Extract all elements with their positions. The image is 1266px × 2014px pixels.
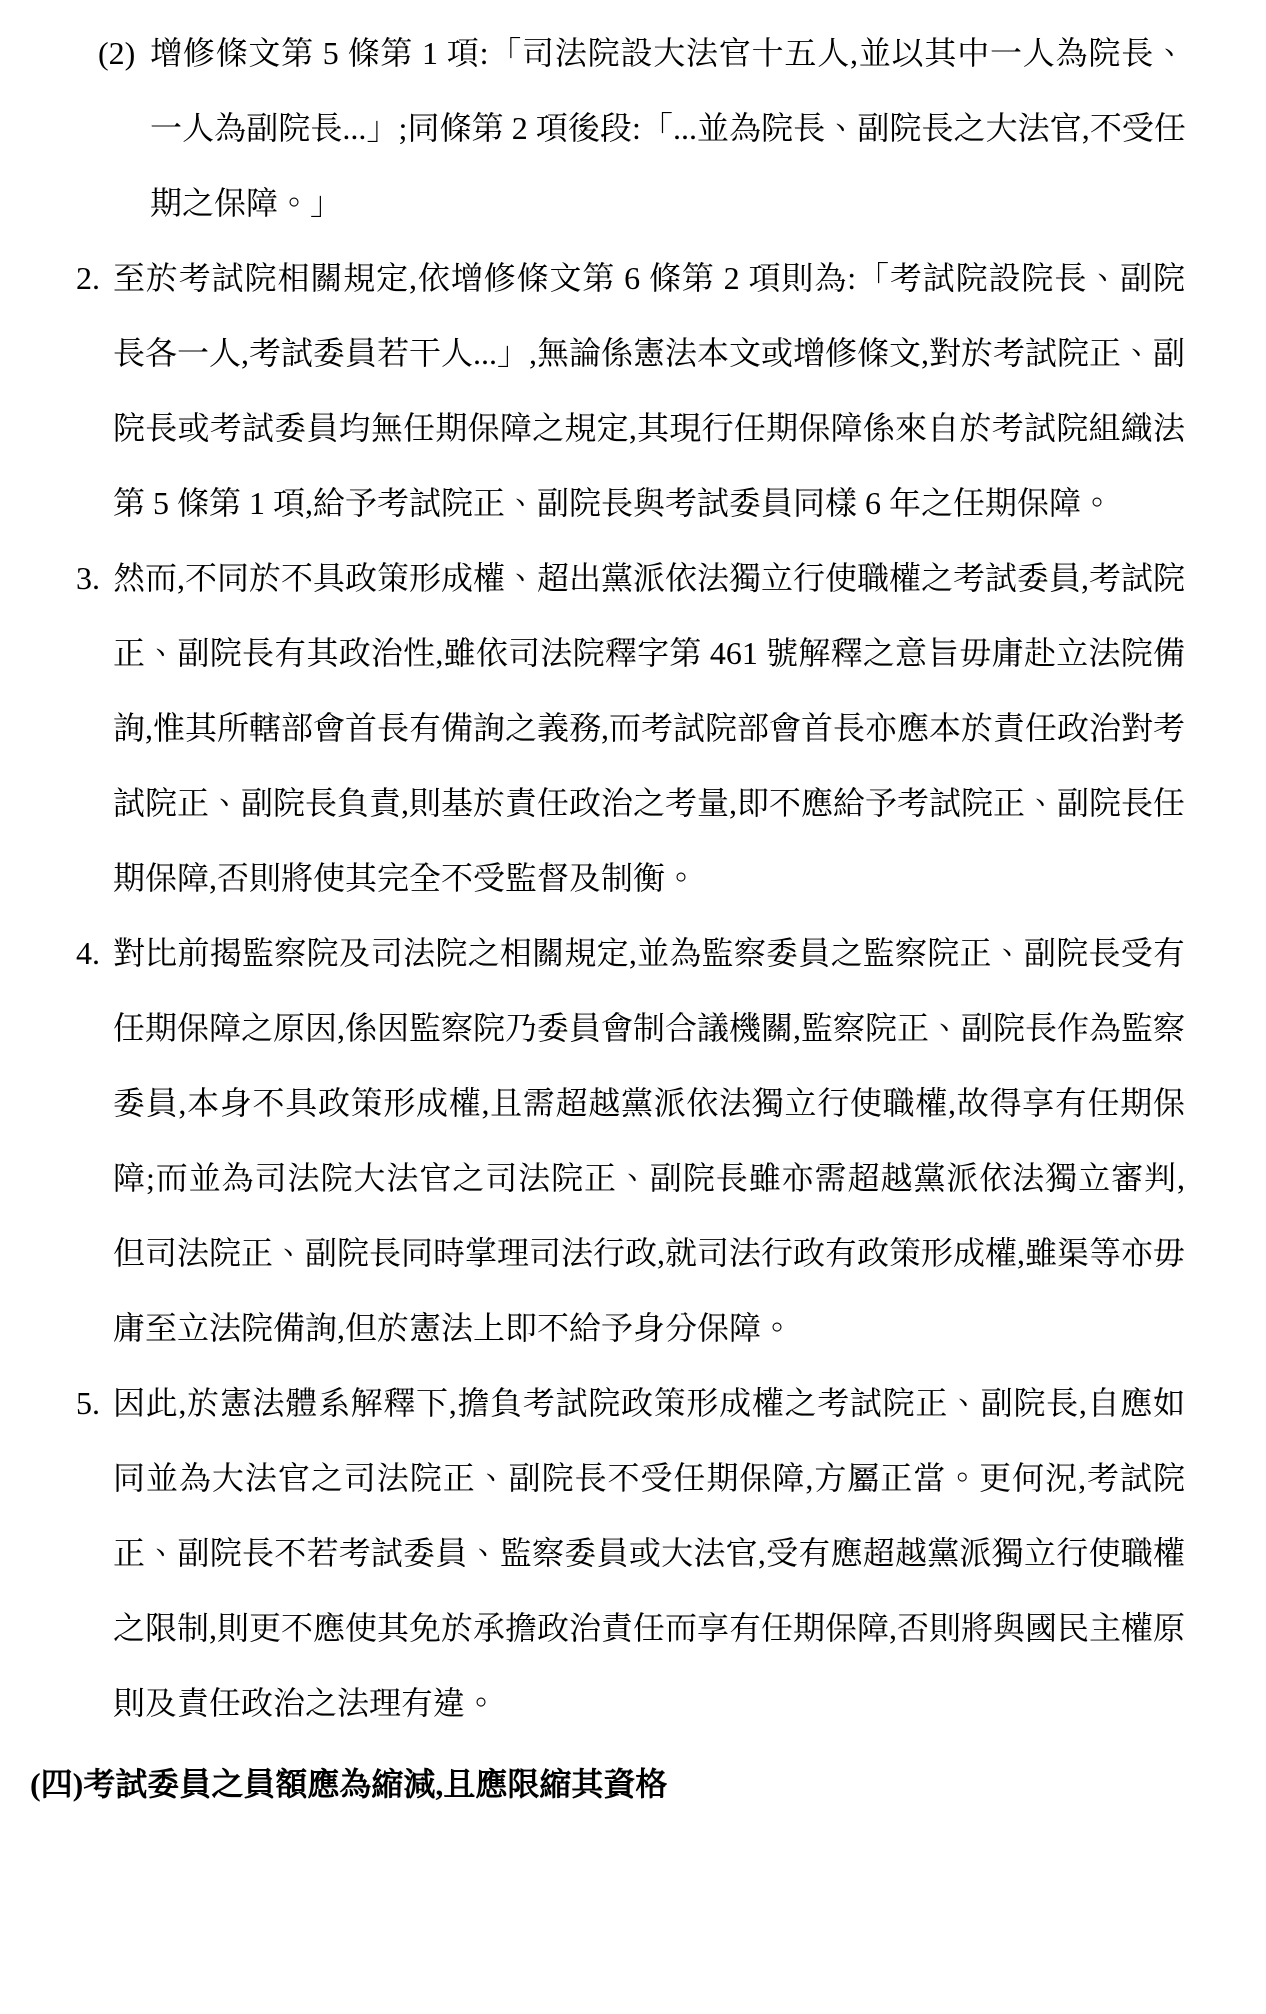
list-marker: 5.	[76, 1366, 100, 1441]
list-item-4: 4. 對比前揭監察院及司法院之相關規定,並為監察委員之監察院正、副院長受有任期保…	[0, 916, 1266, 1366]
list-marker: 2.	[76, 241, 100, 316]
document-page: (2) 增修條文第 5 條第 1 項:「司法院設大法官十五人,並以其中一人為院長…	[0, 0, 1266, 1822]
list-marker: (2)	[98, 16, 135, 91]
paragraph-text: 增修條文第 5 條第 1 項:「司法院設大法官十五人,並以其中一人為院長、一人為…	[150, 16, 1186, 241]
paragraph-text: 對比前揭監察院及司法院之相關規定,並為監察委員之監察院正、副院長受有任期保障之原…	[113, 916, 1185, 1366]
paragraph-text: 因此,於憲法體系解釋下,擔負考試院政策形成權之考試院正、副院長,自應如同並為大法…	[113, 1366, 1185, 1741]
list-item-2: 2. 至於考試院相關規定,依增修條文第 6 條第 2 項則為:「考試院設院長、副…	[0, 241, 1266, 541]
list-marker: 4.	[76, 916, 100, 991]
list-item-5: 5. 因此,於憲法體系解釋下,擔負考試院政策形成權之考試院正、副院長,自應如同並…	[0, 1366, 1266, 1741]
paragraph-text: 然而,不同於不具政策形成權、超出黨派依法獨立行使職權之考試委員,考試院正、副院長…	[113, 541, 1185, 916]
list-item-3: 3. 然而,不同於不具政策形成權、超出黨派依法獨立行使職權之考試委員,考試院正、…	[0, 541, 1266, 916]
list-item-2-paren: (2) 增修條文第 5 條第 1 項:「司法院設大法官十五人,並以其中一人為院長…	[0, 16, 1266, 241]
paragraph-text: 至於考試院相關規定,依增修條文第 6 條第 2 項則為:「考試院設院長、副院長各…	[113, 241, 1185, 541]
list-marker: 3.	[76, 541, 100, 616]
section-heading: (四)考試委員之員額應為縮減,且應限縮其資格	[30, 1747, 1226, 1822]
